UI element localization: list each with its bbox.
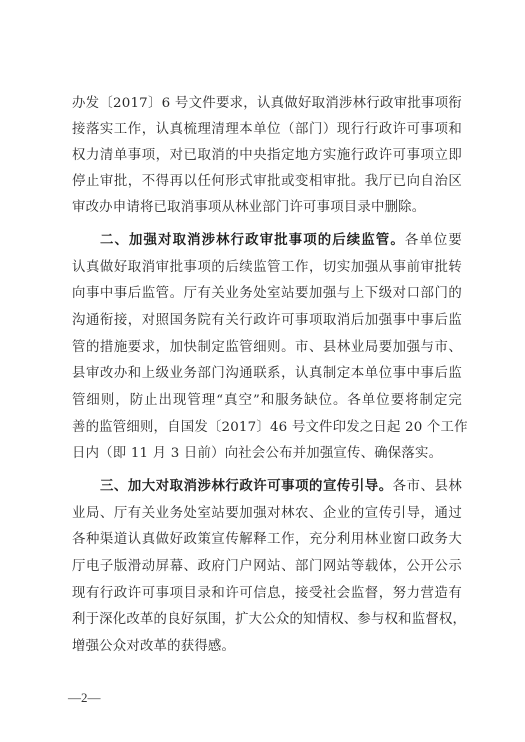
paragraph-2-line-5: 管的措施要求，加快制定监管细则。市、县林业局要加强与市、 xyxy=(72,336,462,360)
document-page: 办发〔2017〕6 号文件要求，认真做好取消涉林行政审批事项衔 接落实工作，认真… xyxy=(0,0,525,742)
section-2-heading-rest: 各单位要 xyxy=(405,233,462,248)
section-3-heading-rest: 各市、县林 xyxy=(393,479,462,494)
paragraph-2-line-3: 向事中事后监管。厅有关业务处室站要加强与上下级对口部门的 xyxy=(72,282,462,306)
paragraph-2-line-7: 管细则，防止出现管理“真空”和服务缺位。各单位要将制定完 xyxy=(72,389,462,413)
paragraph-2-first-line: 二、加强对取消涉林行政审批事项的后续监管。各单位要 xyxy=(100,229,462,253)
section-2-heading: 二、加强对取消涉林行政审批事项的后续监管。 xyxy=(100,233,405,248)
paragraph-1-line-5: 审改办申请将已取消事项从林业部门许可事项目录中删除。 xyxy=(72,196,462,220)
paragraph-3-first-line: 三、加大对取消涉林行政许可事项的宣传引导。各市、县林 xyxy=(100,475,462,499)
paragraph-1-line-2: 接落实工作，认真梳理清理本单位（部门）现行行政许可事项和 xyxy=(72,118,462,142)
paragraph-2-line-4: 沟通衔接，对照国务院有关行政许可事项取消后加强事中事后监 xyxy=(72,309,462,333)
paragraph-1-line-4: 停止审批，不得再以任何形式审批或变相审批。我厅已向自治区 xyxy=(72,170,462,194)
paragraph-3-line-4: 厅电子版滑动屏幕、政府门户网站、部门网站等载体，公开公示 xyxy=(72,555,462,579)
paragraph-2-line-6: 县审改办和上级业务部门沟通联系，认真制定本单位事中事后监 xyxy=(72,362,462,386)
paragraph-2-line-9: 日内（即 11 月 3 日前）向社会公布并加强宣传、确保落实。 xyxy=(72,442,462,466)
paragraph-2-line-8: 善的监管细则，自国发〔2017〕46 号文件印发之日起 20 个工作 xyxy=(72,416,462,440)
page-number: —2— xyxy=(68,688,101,708)
paragraph-3-line-2: 业局、厅有关业务处室站要加强对林农、企业的宣传引导，通过 xyxy=(72,502,462,526)
paragraph-2-line-2: 认真做好取消审批事项的后续监管工作，切实加强从事前审批转 xyxy=(72,256,462,280)
paragraph-3-line-7: 增强公众对改革的获得感。 xyxy=(72,635,462,659)
paragraph-3-line-5: 现有行政许可事项目录和许可信息，接受社会监督，努力营造有 xyxy=(72,582,462,606)
paragraph-1-line-1: 办发〔2017〕6 号文件要求，认真做好取消涉林行政审批事项衔 xyxy=(72,92,462,116)
paragraph-3-line-3: 各种渠道认真做好政策宣传解释工作，充分利用林业窗口政务大 xyxy=(72,528,462,552)
paragraph-1-line-3: 权力清单事项，对已取消的中央指定地方实施行政许可事项立即 xyxy=(72,144,462,168)
section-3-heading: 三、加大对取消涉林行政许可事项的宣传引导。 xyxy=(100,479,393,494)
paragraph-3-line-6: 利于深化改革的良好氛围，扩大公众的知情权、参与权和监督权， xyxy=(72,608,462,632)
